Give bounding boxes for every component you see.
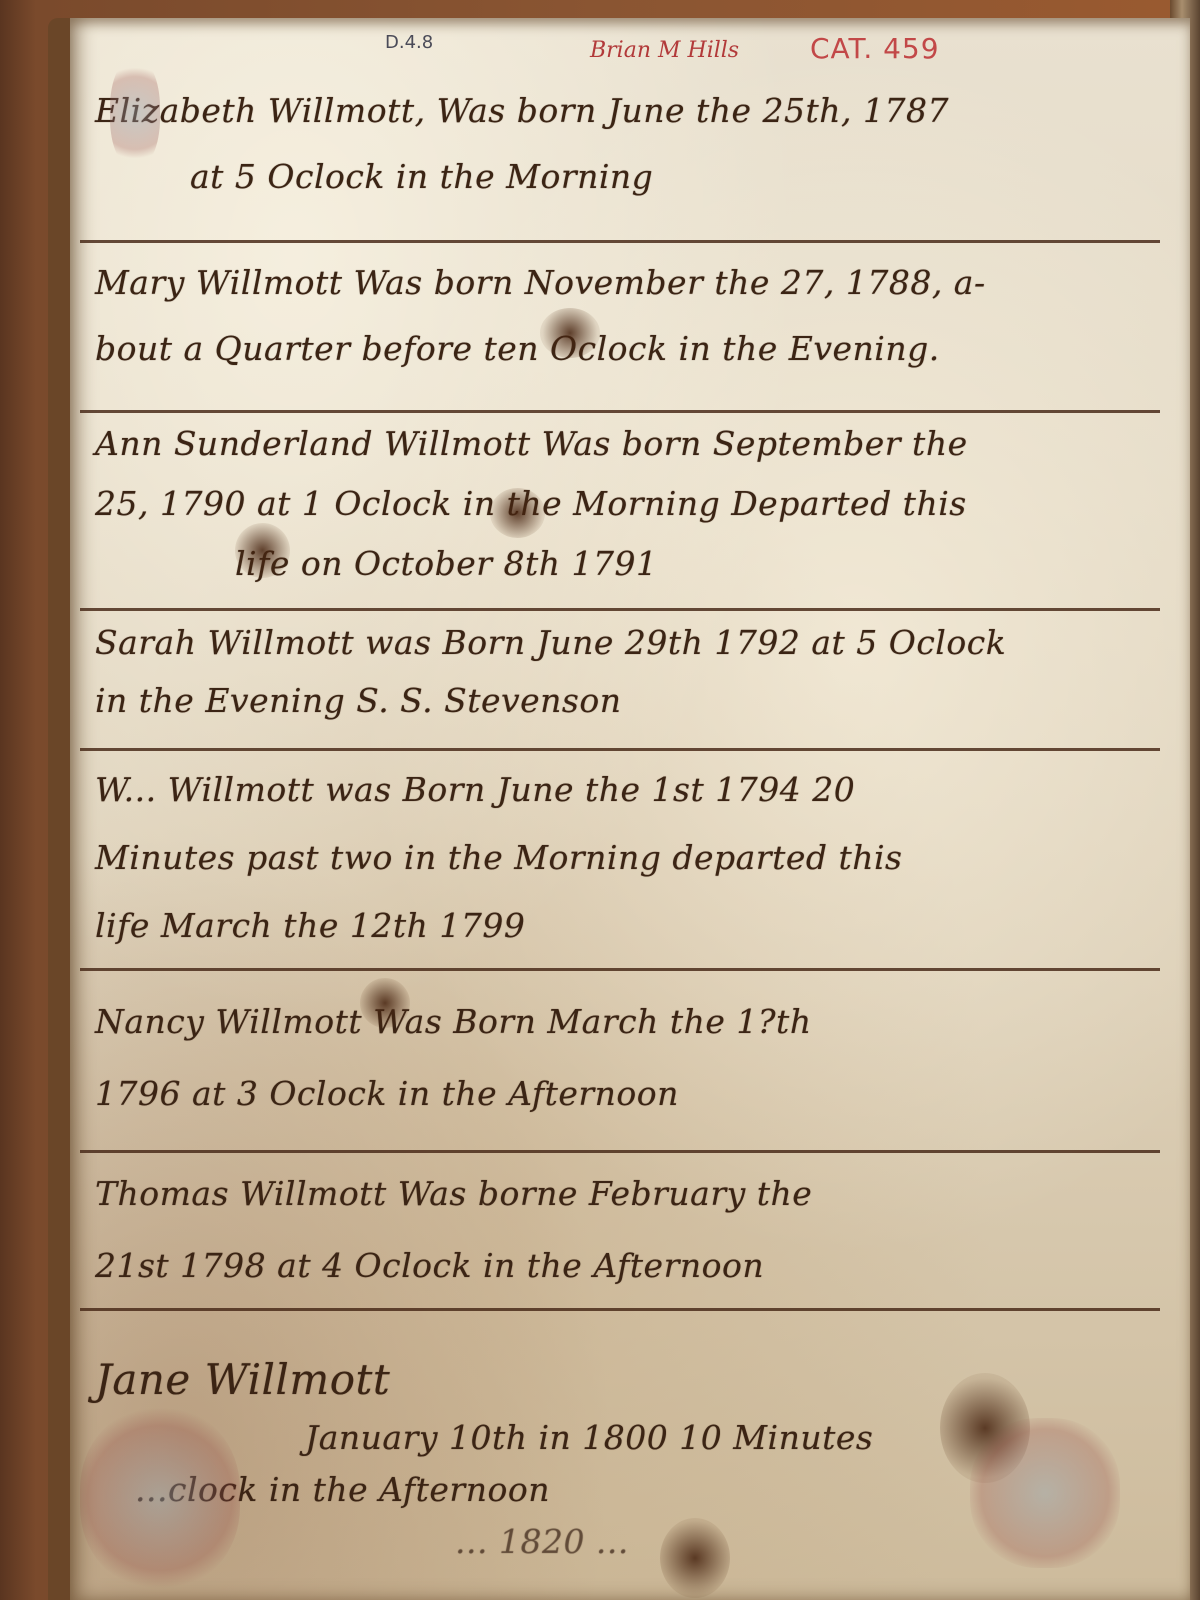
entry-sarah: Sarah Willmott was Born June 29th 1792 a… (95, 614, 1170, 730)
water-stain (110, 58, 160, 168)
register-page: D.4.8 Brian M Hills CAT. 459 Elizabeth W… (48, 18, 1190, 1600)
divider-rule (80, 1150, 1160, 1153)
entry-line: Ann Sunderland Willmott Was born Septemb… (95, 414, 1170, 474)
entry-line: Sarah Willmott was Born June 29th 1792 a… (95, 614, 1170, 672)
ink-blot (660, 1518, 730, 1598)
entry-elizabeth: Elizabeth Willmott, Was born June the 25… (95, 78, 1170, 210)
dealer-note: Brian M Hills (590, 38, 739, 63)
entry-line: Nancy Willmott Was Born March the 1?th (95, 986, 1170, 1058)
ink-blot (540, 308, 600, 358)
entry-nancy: Nancy Willmott Was Born March the 1?th 1… (95, 986, 1170, 1130)
ink-blot (235, 523, 290, 578)
entry-line: in the Evening S. S. Stevenson (95, 672, 1170, 730)
catalogue-number: CAT. 459 (810, 32, 940, 65)
entry-willmott-1794: W... Willmott was Born June the 1st 1794… (95, 756, 1170, 960)
water-stain (80, 1408, 240, 1588)
entry-line: Thomas Willmott Was borne February the (95, 1158, 1170, 1230)
divider-rule (80, 240, 1160, 243)
divider-rule (80, 608, 1160, 611)
entry-line: life March the 12th 1799 (95, 892, 1170, 960)
shelfmark: D.4.8 (385, 32, 433, 53)
entry-line: 1796 at 3 Oclock in the Afternoon (95, 1058, 1170, 1130)
entry-thomas: Thomas Willmott Was borne February the 2… (95, 1158, 1170, 1302)
entry-line: Minutes past two in the Morning departed… (95, 824, 1170, 892)
entry-line: 21st 1798 at 4 Oclock in the Afternoon (95, 1230, 1170, 1302)
entry-mary: Mary Willmott Was born November the 27, … (95, 250, 1170, 382)
entry-line: W... Willmott was Born June the 1st 1794… (95, 756, 1170, 824)
entry-line: Mary Willmott Was born November the 27, … (95, 250, 1170, 316)
entry-line: at 5 Oclock in the Morning (95, 144, 1170, 210)
entry-line: Elizabeth Willmott, Was born June the 25… (95, 78, 1170, 144)
divider-rule (80, 410, 1160, 413)
divider-rule (80, 968, 1160, 971)
entry-line: bout a Quarter before ten Oclock in the … (95, 316, 1170, 382)
top-annotations: D.4.8 Brian M Hills CAT. 459 (70, 22, 1190, 72)
ink-blot (360, 978, 410, 1028)
divider-rule (80, 748, 1160, 751)
ink-blot (490, 488, 545, 538)
water-stain (970, 1418, 1120, 1568)
divider-rule (80, 1308, 1160, 1311)
